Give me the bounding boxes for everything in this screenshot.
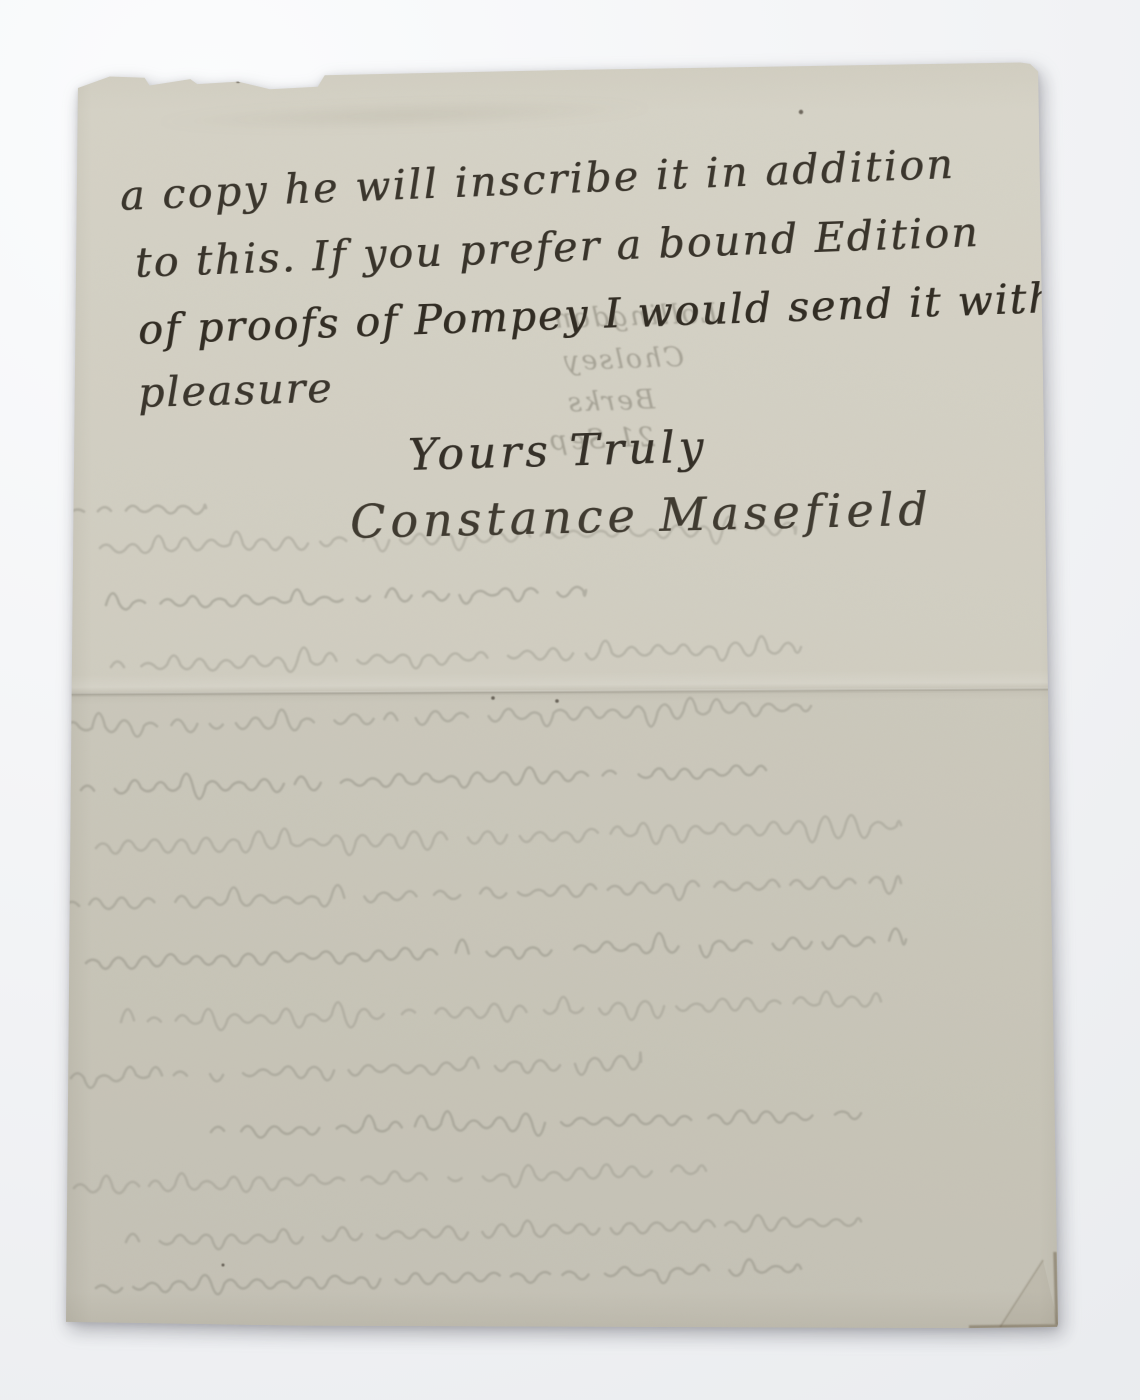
letter-paper: Lollingdon Cholsey Berks 21 Sep a copy h… — [66, 60, 1061, 1332]
paper-edge-shading — [66, 60, 1061, 1332]
letter-paper-wrap: Lollingdon Cholsey Berks 21 Sep a copy h… — [66, 60, 1061, 1332]
photo-backdrop: Lollingdon Cholsey Berks 21 Sep a copy h… — [0, 0, 1140, 1400]
